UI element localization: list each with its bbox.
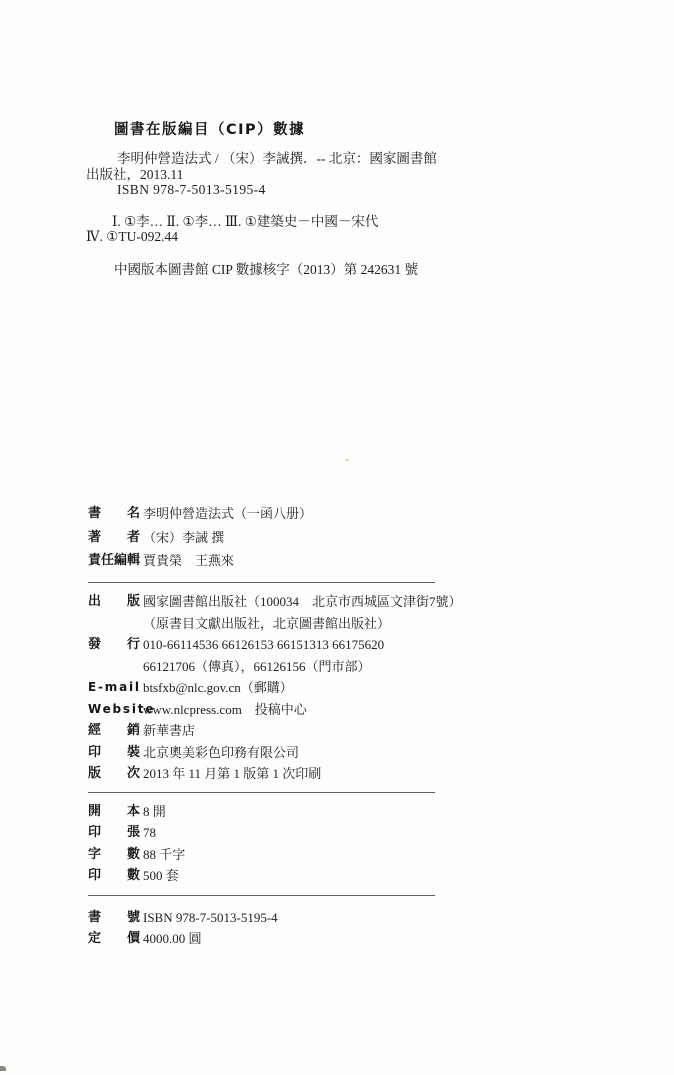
row-label: 發 行 (88, 634, 143, 656)
row-editor: 責任編輯 賈貴榮 王燕來 (88, 549, 435, 573)
scan-artifact-speck (345, 459, 349, 461)
row-label: 版 次 (88, 763, 143, 785)
cip-classification: Ⅰ. ①李… Ⅱ. ①李… Ⅲ. ①建築史－中國－宋代 Ⅳ. ①TU-092.4… (0, 214, 674, 245)
row-label: 責任編輯 (88, 549, 143, 573)
row-format: 開 本 8 開 (88, 801, 435, 823)
row-value: 78 (143, 822, 156, 844)
cip-catalog-entry: 李明仲營造法式 / （宋）李誡撰．-- 北京：國家圖書館 出版社，2013.11… (0, 151, 674, 198)
book-colophon-page: 圖書在版編目（CIP）數據 李明仲營造法式 / （宋）李誡撰．-- 北京：國家圖… (0, 0, 674, 1075)
row-value: 北京奧美彩色印務有限公司 (143, 742, 299, 764)
row-value-line-2: （原書目文獻出版社，北京圖書館出版社） (143, 613, 462, 635)
row-label: 印 張 (88, 822, 143, 844)
row-publisher: 出 版 國家圖書館出版社（100034 北京市西城區文津街7號） （原書目文獻出… (88, 591, 435, 634)
cip-heading: 圖書在版編目（CIP）數據 (114, 118, 674, 139)
row-label: 出 版 (88, 591, 143, 613)
row-label: Website (88, 699, 143, 721)
scan-artifact-corner (0, 1066, 6, 1071)
cip-class-line-2: Ⅳ. ①TU-092.44 (86, 229, 674, 245)
row-distribution-phones: 發 行 010-66114536 66126153 66151313 66175… (88, 634, 435, 677)
row-value: www.nlcpress.com 投稿中心 (143, 699, 307, 721)
row-label: 經 銷 (88, 720, 143, 742)
row-value: 李明仲營造法式（一函八册） (143, 502, 312, 526)
row-label: 印 裝 (88, 742, 143, 764)
row-value: 88 千字 (143, 844, 185, 866)
row-email: E-mail btsfxb@nlc.gov.cn（郵購） (88, 677, 435, 699)
row-label: 開 本 (88, 801, 143, 823)
row-value: 010-66114536 66126153 66151313 66175620 … (143, 634, 384, 677)
row-value: 2013 年 11 月第 1 版第 1 次印刷 (143, 763, 321, 785)
row-website: Website www.nlcpress.com 投稿中心 (88, 699, 435, 721)
row-label: 字 數 (88, 844, 143, 866)
row-book-title: 書 名 李明仲營造法式（一函八册） (88, 502, 435, 526)
colophon-section-format: 開 本 8 開 印 張 78 字 數 88 千字 印 數 500 套 (88, 793, 435, 896)
row-label: 定 價 (88, 928, 143, 950)
cip-record-number: 中國版本圖書館 CIP 數據核字（2013）第 242631 號 (114, 258, 674, 278)
cip-entry-line-1: 李明仲營造法式 / （宋）李誡撰．-- 北京：國家圖書館 (117, 151, 674, 167)
row-label: E-mail (88, 677, 143, 699)
row-value: 4000.00 圓 (143, 928, 202, 950)
row-value: 新華書店 (143, 720, 195, 742)
row-label: 著 者 (88, 526, 143, 550)
row-printed-sheets: 印 張 78 (88, 822, 435, 844)
row-value: 8 開 (143, 801, 166, 823)
row-value: 500 套 (143, 865, 179, 887)
cip-entry-isbn: ISBN 978-7-5013-5195-4 (117, 182, 674, 198)
colophon-section-title-author: 書 名 李明仲營造法式（一函八册） 著 者 （宋）李誡 撰 責任編輯 賈貴榮 王… (88, 497, 435, 583)
cip-class-line-1: Ⅰ. ①李… Ⅱ. ①李… Ⅲ. ①建築史－中國－宋代 (112, 214, 674, 230)
row-value: 賈貴榮 王燕來 (143, 549, 234, 573)
row-printer: 印 裝 北京奧美彩色印務有限公司 (88, 742, 435, 764)
row-value: ISBN 978-7-5013-5195-4 (143, 907, 278, 929)
row-edition: 版 次 2013 年 11 月第 1 版第 1 次印刷 (88, 763, 435, 785)
row-word-count: 字 數 88 千字 (88, 844, 435, 866)
row-value-line-1: 010-66114536 66126153 66151313 66175620 (143, 634, 384, 656)
cip-entry-line-2: 出版社，2013.11 (86, 167, 674, 183)
row-value-line-1: 國家圖書館出版社（100034 北京市西城區文津街7號） (143, 591, 462, 613)
row-author: 著 者 （宋）李誡 撰 (88, 526, 435, 550)
colophon-section-isbn-price: 書 號 ISBN 978-7-5013-5195-4 定 價 4000.00 圓 (88, 896, 435, 950)
row-label: 印 數 (88, 865, 143, 887)
row-label: 書 號 (88, 907, 143, 929)
cip-section: 圖書在版編目（CIP）數據 李明仲營造法式 / （宋）李誡撰．-- 北京：國家圖… (0, 118, 674, 278)
row-value-line-2: 66121706（傳真），66126156（門市部） (143, 656, 384, 678)
row-value: btsfxb@nlc.gov.cn（郵購） (143, 677, 293, 699)
row-value: 國家圖書館出版社（100034 北京市西城區文津街7號） （原書目文獻出版社，北… (143, 591, 462, 634)
row-seller: 經 銷 新華書店 (88, 720, 435, 742)
colophon-section-publisher: 出 版 國家圖書館出版社（100034 北京市西城區文津街7號） （原書目文獻出… (88, 583, 435, 793)
row-value: （宋）李誡 撰 (143, 526, 224, 550)
row-label: 書 名 (88, 502, 143, 526)
row-price: 定 價 4000.00 圓 (88, 928, 435, 950)
row-isbn: 書 號 ISBN 978-7-5013-5195-4 (88, 907, 435, 929)
row-print-run: 印 數 500 套 (88, 865, 435, 887)
colophon: 書 名 李明仲營造法式（一函八册） 著 者 （宋）李誡 撰 責任編輯 賈貴榮 王… (88, 497, 435, 950)
